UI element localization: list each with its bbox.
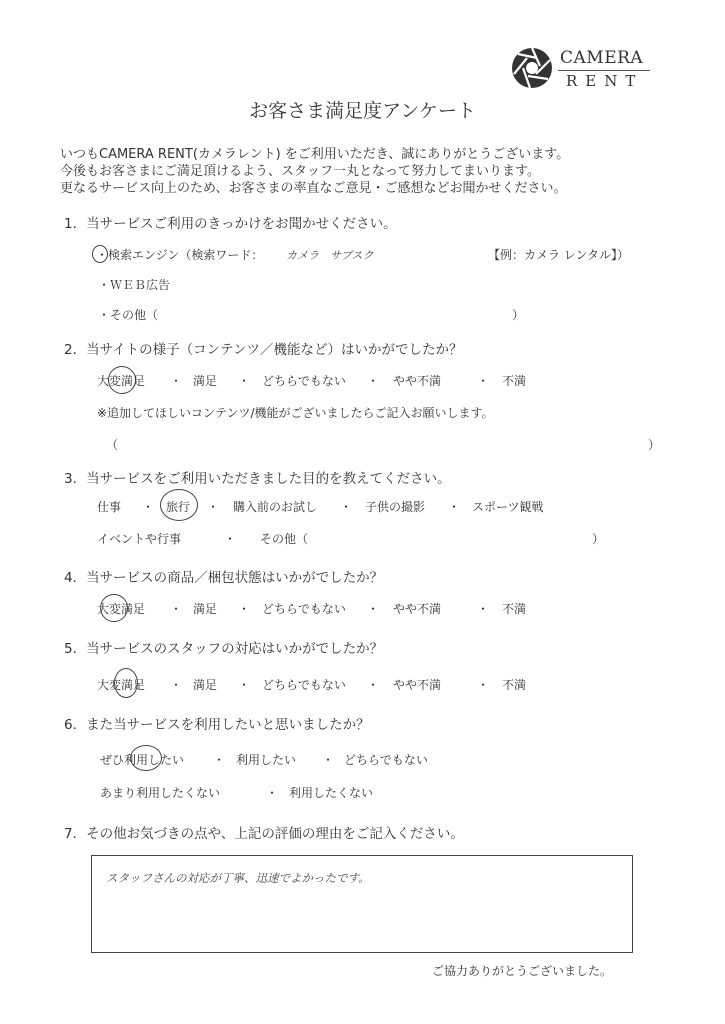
q6-option-neutral[interactable]: どちらでもない (344, 751, 428, 768)
question-1-label: 1．当サービスご利用のきっかけをお聞かせください。 (64, 212, 397, 232)
q2-input-close: ） (648, 436, 660, 453)
q4-option-dissatisfied[interactable]: 不満 (502, 600, 526, 617)
separator-dot: ・ (448, 498, 460, 515)
separator-dot: ・ (170, 676, 182, 693)
q3-option-work[interactable]: 仕事 (97, 498, 121, 515)
separator-dot: ・ (213, 751, 225, 768)
q2-option-very-satisfied[interactable]: 大変満足 (97, 372, 145, 389)
q3-option-travel[interactable]: 旅行 (166, 498, 190, 515)
q3-other-close: ） (592, 530, 604, 547)
separator-dot: ・ (477, 676, 489, 693)
camera-aperture-icon (510, 46, 554, 90)
question-6-label: 6．また当サービスを利用したいと思いましたか？ (64, 713, 370, 733)
q2-option-satisfied[interactable]: 満足 (193, 372, 217, 389)
intro-line: 今後もお客さまにご満足頂けるよう、スタッフ一丸となって努力してまいります。 (60, 163, 569, 180)
intro-text: いつもCAMERA RENT(カメラレント) をご利用いただき、誠にありがとうご… (60, 146, 569, 197)
q1-example-text: 【例：カメラ レンタル】） (488, 246, 629, 263)
q2-option-neutral[interactable]: どちらでもない (262, 372, 346, 389)
separator-dot: ・ (266, 784, 278, 801)
q1-option-web-ad[interactable]: ・ＷＥＢ広告 (98, 276, 170, 293)
separator-dot: ・ (207, 498, 219, 515)
q5-option-somewhat-dissatisfied[interactable]: やや不満 (393, 676, 441, 693)
intro-line: 更なるサービス向上のため、お客さまの率直なご意見・ご感想などお聞かせください。 (60, 180, 569, 197)
q6-option-yes[interactable]: 利用したい (236, 751, 296, 768)
separator-dot: ・ (367, 676, 379, 693)
q3-option-kids-photo[interactable]: 子供の撮影 (365, 498, 425, 515)
q7-answer-box[interactable]: スタッフさんの対応が丁寧、迅速でよかったです。 (91, 855, 633, 953)
logo-divider (558, 70, 650, 71)
q3-option-other[interactable]: その他（ (260, 530, 308, 547)
separator-dot: ・ (477, 372, 489, 389)
q6-option-definitely[interactable]: ぜひ利用したい (100, 751, 184, 768)
separator-dot: ・ (224, 530, 236, 547)
separator-dot: ・ (340, 498, 352, 515)
q3-option-trial[interactable]: 購入前のお試し (233, 498, 317, 515)
separator-dot: ・ (238, 372, 250, 389)
separator-dot: ・ (367, 600, 379, 617)
separator-dot: ・ (322, 751, 334, 768)
question-5-label: 5．当サービスのスタッフの対応はいかがでしたか？ (64, 637, 383, 657)
camera-rent-logo: CAMERA RENT (510, 46, 660, 96)
q4-option-neutral[interactable]: どちらでもない (262, 600, 346, 617)
q2-note: ※追加してほしいコンテンツ/機能がございましたらご記入お願いします。 (97, 404, 494, 421)
q1-option-other[interactable]: ・その他（ (98, 306, 158, 323)
q4-option-satisfied[interactable]: 満足 (193, 600, 217, 617)
logo-text-camera: CAMERA (560, 48, 643, 68)
question-4-label: 4．当サービスの商品／梱包状態はいかがでしたか？ (64, 566, 383, 586)
question-2-label: 2．当サイトの様子（コンテンツ／機能など）はいかがでしたか？ (64, 338, 462, 358)
q2-input-open[interactable]: （ (106, 436, 118, 453)
q2-option-somewhat-dissatisfied[interactable]: やや不満 (393, 372, 441, 389)
separator-dot: ・ (238, 600, 250, 617)
page-title: お客さま満足度アンケート (0, 96, 725, 123)
q3-option-sports[interactable]: スポーツ観戦 (472, 498, 544, 515)
q5-option-dissatisfied[interactable]: 不満 (502, 676, 526, 693)
q5-option-satisfied[interactable]: 満足 (193, 676, 217, 693)
q6-option-not-really[interactable]: あまり利用したくない (100, 784, 220, 801)
q4-option-very-satisfied[interactable]: 大変満足 (97, 600, 145, 617)
question-3-label: 3．当サービスをご利用いただきました目的を教えてください。 (64, 467, 451, 487)
q5-option-neutral[interactable]: どちらでもない (262, 676, 346, 693)
q1-other-close: ） (512, 306, 524, 323)
q1-search-word-answer[interactable]: カメラ サブスク (286, 247, 374, 263)
q4-option-somewhat-dissatisfied[interactable]: やや不満 (393, 600, 441, 617)
separator-dot: ・ (170, 372, 182, 389)
intro-line: いつもCAMERA RENT(カメラレント) をご利用いただき、誠にありがとうご… (60, 146, 569, 163)
q7-handwritten-answer: スタッフさんの対応が丁寧、迅速でよかったです。 (106, 870, 370, 886)
separator-dot: ・ (170, 600, 182, 617)
thanks-text: ご協力ありがとうございました。 (432, 962, 612, 979)
q2-option-dissatisfied[interactable]: 不満 (502, 372, 526, 389)
question-7-label: 7．その他お気づきの点や、上記の評価の理由をご記入ください。 (64, 822, 464, 842)
separator-dot: ・ (367, 372, 379, 389)
q5-option-very-satisfied[interactable]: 大変満足 (97, 676, 145, 693)
q1-option-search-engine[interactable]: ・検索エンジン（検索ワード： (96, 246, 263, 263)
q3-option-event[interactable]: イベントや行事 (97, 530, 181, 547)
separator-dot: ・ (238, 676, 250, 693)
q6-option-no[interactable]: 利用したくない (289, 784, 373, 801)
separator-dot: ・ (142, 498, 154, 515)
separator-dot: ・ (477, 600, 489, 617)
logo-text-rent: RENT (566, 72, 643, 90)
